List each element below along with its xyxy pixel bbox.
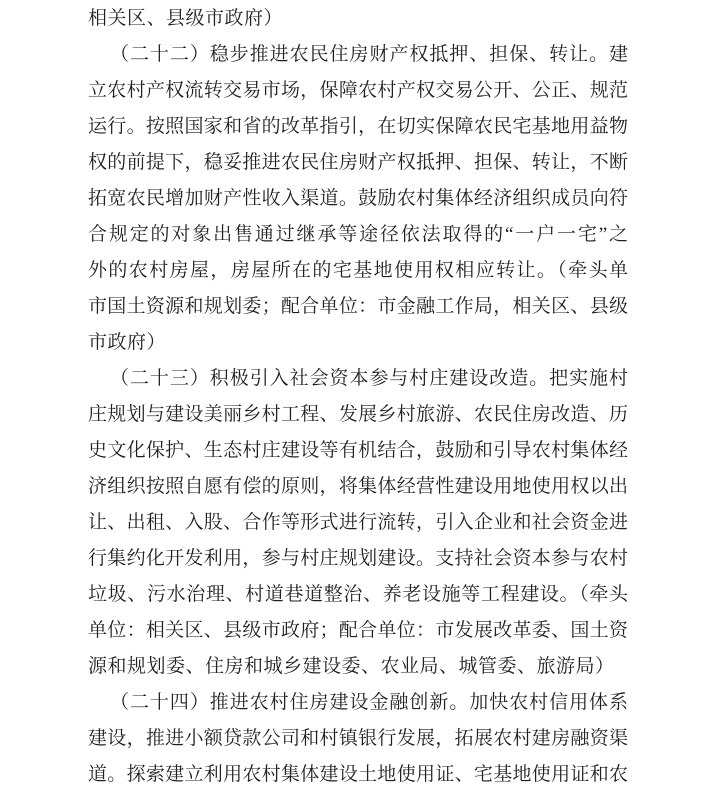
- text-line: （二十三）积极引入社会资本参与村庄建设改造。把实施村: [88, 361, 628, 397]
- text-line: 济组织按照自愿有偿的原则，将集体经营性建设用地使用权以出: [88, 469, 628, 505]
- document-text: 相关区、县级市政府） （二十二）稳步推进农民住房财产权抵押、担保、转让。建 立农…: [88, 1, 628, 791]
- document-page: 相关区、县级市政府） （二十二）稳步推进农民住房财产权抵押、担保、转让。建 立农…: [0, 0, 718, 791]
- text-line: 源和规划委、住房和城乡建设委、农业局、城管委、旅游局）: [88, 649, 628, 685]
- text-line: 道。探索建立利用农村集体建设土地使用证、宅基地使用证和农: [88, 757, 628, 791]
- text-line: 合规定的对象出售通过继承等途径依法取得的“一户一宅”之: [88, 217, 628, 253]
- text-line: 立农村产权流转交易市场，保障农村产权交易公开、公正、规范: [88, 73, 628, 109]
- text-line: 市国土资源和规划委；配合单位：市金融工作局，相关区、县级: [88, 289, 628, 325]
- text-line: 庄规划与建设美丽乡村工程、发展乡村旅游、农民住房改造、历: [88, 397, 628, 433]
- text-line: 建设，推进小额贷款公司和村镇银行发展，拓展农村建房融资渠: [88, 721, 628, 757]
- paragraph-item-24: （二十四）推进农村住房建设金融创新。加快农村信用体系 建设，推进小额贷款公司和村…: [88, 685, 628, 791]
- text-line: 垃圾、污水治理、村道巷道整治、养老设施等工程建设。（牵头: [88, 577, 628, 613]
- text-line: 相关区、县级市政府）: [88, 1, 628, 37]
- text-line: 行集约化开发利用，参与村庄规划建设。支持社会资本参与农村: [88, 541, 628, 577]
- text-line: 外的农村房屋，房屋所在的宅基地使用权相应转让。（牵头单位：: [88, 253, 628, 289]
- text-line: 让、出租、入股、合作等形式进行流转，引入企业和社会资金进: [88, 505, 628, 541]
- text-line: 史文化保护、生态村庄建设等有机结合，鼓励和引导农村集体经: [88, 433, 628, 469]
- text-line: （二十四）推进农村住房建设金融创新。加快农村信用体系: [88, 685, 628, 721]
- text-line: 市政府）: [88, 325, 628, 361]
- text-line: （二十二）稳步推进农民住房财产权抵押、担保、转让。建: [88, 37, 628, 73]
- text-line: 运行。按照国家和省的改革指引，在切实保障农民宅基地用益物: [88, 109, 628, 145]
- paragraph-item-22: （二十二）稳步推进农民住房财产权抵押、担保、转让。建 立农村产权流转交易市场，保…: [88, 37, 628, 361]
- text-line: 单位：相关区、县级市政府；配合单位：市发展改革委、国土资: [88, 613, 628, 649]
- paragraph: 相关区、县级市政府）: [88, 1, 628, 37]
- text-line: 拓宽农民增加财产性收入渠道。鼓励农村集体经济组织成员向符: [88, 181, 628, 217]
- text-line: 权的前提下，稳妥推进农民住房财产权抵押、担保、转让，不断: [88, 145, 628, 181]
- paragraph-item-23: （二十三）积极引入社会资本参与村庄建设改造。把实施村 庄规划与建设美丽乡村工程、…: [88, 361, 628, 685]
